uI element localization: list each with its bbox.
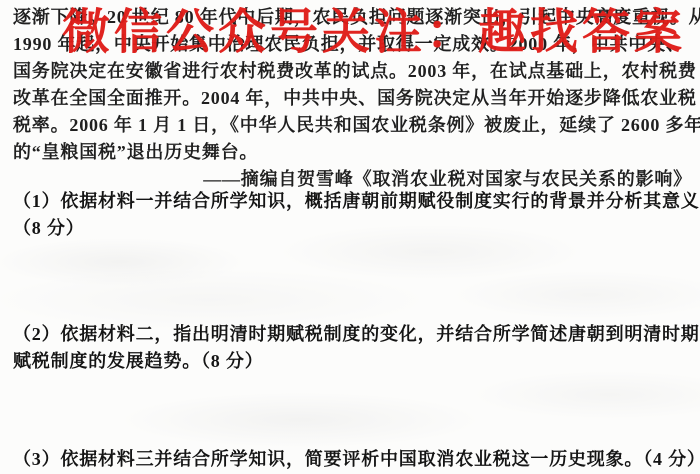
material-line-6: 的“皇粮国税”退出历史舞台。 xyxy=(13,139,694,166)
question-2-line-1: （2）依据材料二，指出明清时期赋税制度的变化，并结合所学简述唐朝到明清时期 xyxy=(13,321,694,348)
question-1-line-1: （1）依据材料一并结合所学知识，概括唐朝前期赋役制度实行的背景并分析其意义。 xyxy=(13,188,694,215)
question-3-line-1: （3）依据材料三并结合所学知识，简要评析中国取消农业税这一历史现象。（4 分） xyxy=(13,446,694,473)
question-1: （1）依据材料一并结合所学知识，概括唐朝前期赋役制度实行的背景并分析其意义。 （… xyxy=(13,188,694,242)
material-line-3: 国务院决定在安徽省进行农村税费改革的试点。2003 年，在试点基础上，农村税费 xyxy=(13,58,694,85)
question-3: （3）依据材料三并结合所学知识，简要评析中国取消农业税这一历史现象。（4 分） xyxy=(13,446,694,473)
question-1-line-2: （8 分） xyxy=(13,215,694,242)
exam-page: 逐渐下降。20 世纪 80 年代中后期，农民负担问题逐渐突出，引起中央高度重视。… xyxy=(0,0,700,474)
material-line-4: 改革在全国全面推开。2004 年，中共中央、国务院决定从当年开始逐步降低农业税 xyxy=(13,85,694,112)
watermark-text: 微信公众号关注：趣找答案 xyxy=(62,8,700,58)
question-2-line-2: 赋税制度的发展趋势。（8 分） xyxy=(13,348,694,375)
material-line-5: 税率。2006 年 1 月 1 日，《中华人民共和国农业税条例》被废止，延续了 … xyxy=(13,112,694,139)
question-2: （2）依据材料二，指出明清时期赋税制度的变化，并结合所学简述唐朝到明清时期 赋税… xyxy=(13,321,694,375)
